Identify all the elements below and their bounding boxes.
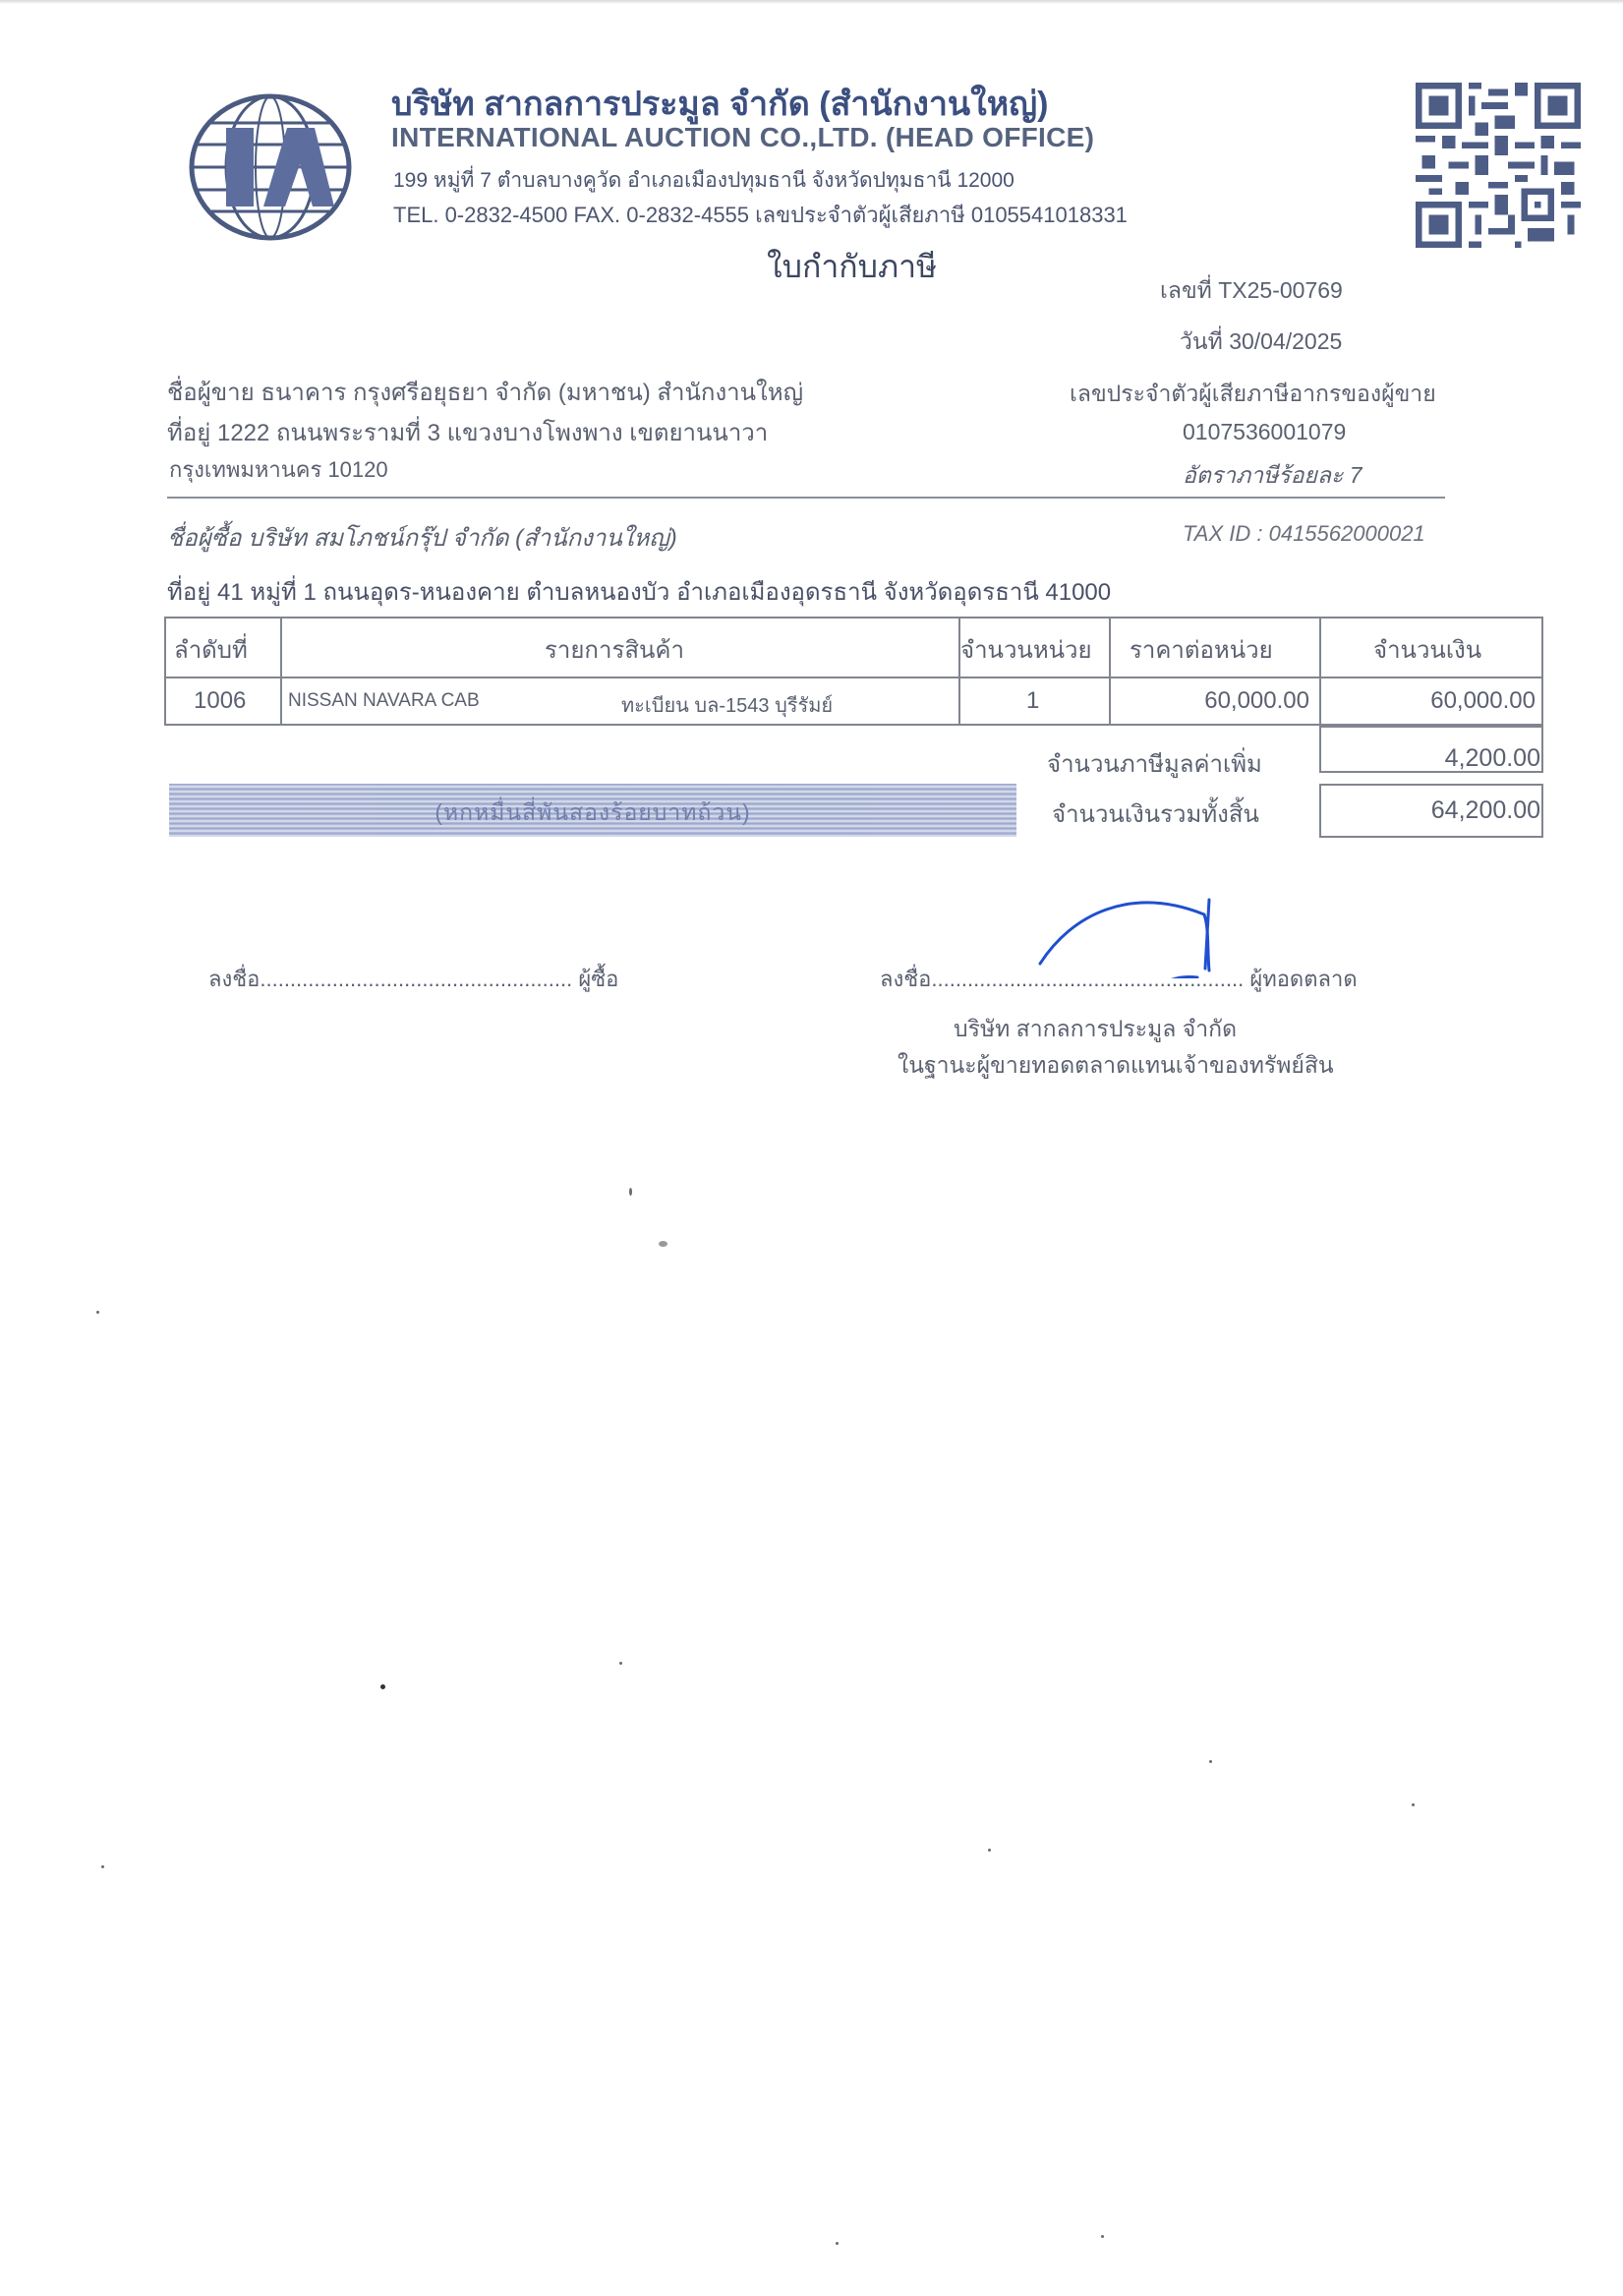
handwritten-signature-icon	[1022, 890, 1229, 978]
company-name-english: INTERNATIONAL AUCTION CO.,LTD. (HEAD OFF…	[391, 122, 1094, 153]
vat-amount: 4,200.00	[1445, 744, 1540, 773]
items-table: ลำดับที่ รายการสินค้า จำนวนหน่วย ราคาต่อ…	[164, 617, 1543, 726]
company-contact: TEL. 0-2832-4500 FAX. 0-2832-4555 เลขประ…	[393, 198, 1128, 232]
vat-label: จำนวนภาษีมูลค่าเพิ่ม	[1047, 744, 1262, 783]
document-date: วันที่ 30/04/2025	[1180, 324, 1342, 360]
qr-code-icon[interactable]	[1416, 83, 1581, 248]
speck	[96, 1311, 99, 1314]
speck	[629, 1188, 632, 1196]
speck	[1101, 2235, 1104, 2238]
header-qty: จำนวนหน่วย	[960, 630, 1092, 669]
header-unit-price: ราคาต่อหน่วย	[1130, 630, 1273, 669]
seller-address-line1: ที่อยู่ 1222 ถนนพระรามที่ 3 แขวงบางโพงพา…	[167, 413, 768, 451]
document-title: ใบกำกับภาษี	[767, 242, 937, 292]
grand-total-label: จำนวนเงินรวมทั้งสิ้น	[1052, 795, 1259, 833]
speck	[836, 2242, 839, 2245]
section-divider	[167, 497, 1445, 499]
vat-rate: อัตราภาษีร้อยละ 7	[1183, 458, 1362, 494]
seller-name: ชื่อผู้ขาย ธนาคาร กรุงศรีอยุธยา จำกัด (ม…	[167, 373, 803, 411]
header-divider	[166, 677, 1541, 678]
seller-taxid: 0107536001079	[1183, 419, 1346, 445]
auctioneer-role: ในฐานะผู้ขายทอดตลาดแทนเจ้าของทรัพย์สิน	[898, 1048, 1334, 1084]
document-number: เลขที่ TX25-00769	[1160, 273, 1343, 309]
speck	[101, 1865, 104, 1868]
row-item: NISSAN NAVARA CAB	[288, 690, 480, 712]
buyer-signature-line: ลงชื่อ..................................…	[208, 962, 618, 996]
company-address: 199 หมู่ที่ 7 ตำบลบางคูวัด อำเภอเมืองปทุ…	[393, 164, 1014, 197]
amount-in-words: (หกหมื่นสี่พันสองร้อยบาทถ้วน)	[169, 795, 1016, 831]
column-divider	[280, 618, 282, 724]
buyer-address: ที่อยู่ 41 หมู่ที่ 1 ถนนอุดร-หนองคาย ตำบ…	[167, 572, 1111, 611]
buyer-taxid: TAX ID : 0415562000021	[1183, 521, 1425, 547]
row-seq: 1006	[194, 687, 246, 715]
speck	[1209, 1760, 1212, 1763]
row-unit-price: 60,000.00	[1204, 687, 1309, 715]
row-amount: 60,000.00	[1430, 687, 1536, 715]
column-divider	[1109, 618, 1111, 724]
company-logo-icon	[187, 90, 354, 244]
amount-in-words-band: (หกหมื่นสี่พันสองร้อยบาทถ้วน)	[169, 784, 1016, 837]
row-qty: 1	[1026, 687, 1039, 715]
speck	[988, 1849, 991, 1852]
auctioneer-company: บริษัท สากลการประมูล จำกัด	[954, 1012, 1237, 1047]
column-divider	[1319, 618, 1321, 724]
row-registration: ทะเบียน บล-1543 บุรีรัมย์	[621, 689, 833, 721]
speck	[659, 1241, 667, 1247]
grand-total: 64,200.00	[1431, 796, 1540, 825]
speck	[619, 1662, 622, 1665]
scan-edge	[0, 0, 1623, 4]
speck	[1412, 1803, 1415, 1806]
seller-taxid-label: เลขประจำตัวผู้เสียภาษีอากรของผู้ขาย	[1070, 377, 1436, 412]
header-seq: ลำดับที่	[174, 630, 248, 669]
buyer-name: ชื่อผู้ซื้อ บริษัท สมโภชน์กรุ๊ป จำกัด (ส…	[167, 518, 677, 557]
speck	[380, 1684, 385, 1689]
header-amount: จำนวนเงิน	[1373, 630, 1481, 669]
seller-address-line2: กรุงเทพมหานคร 10120	[169, 452, 388, 487]
header-item: รายการสินค้า	[545, 630, 684, 669]
